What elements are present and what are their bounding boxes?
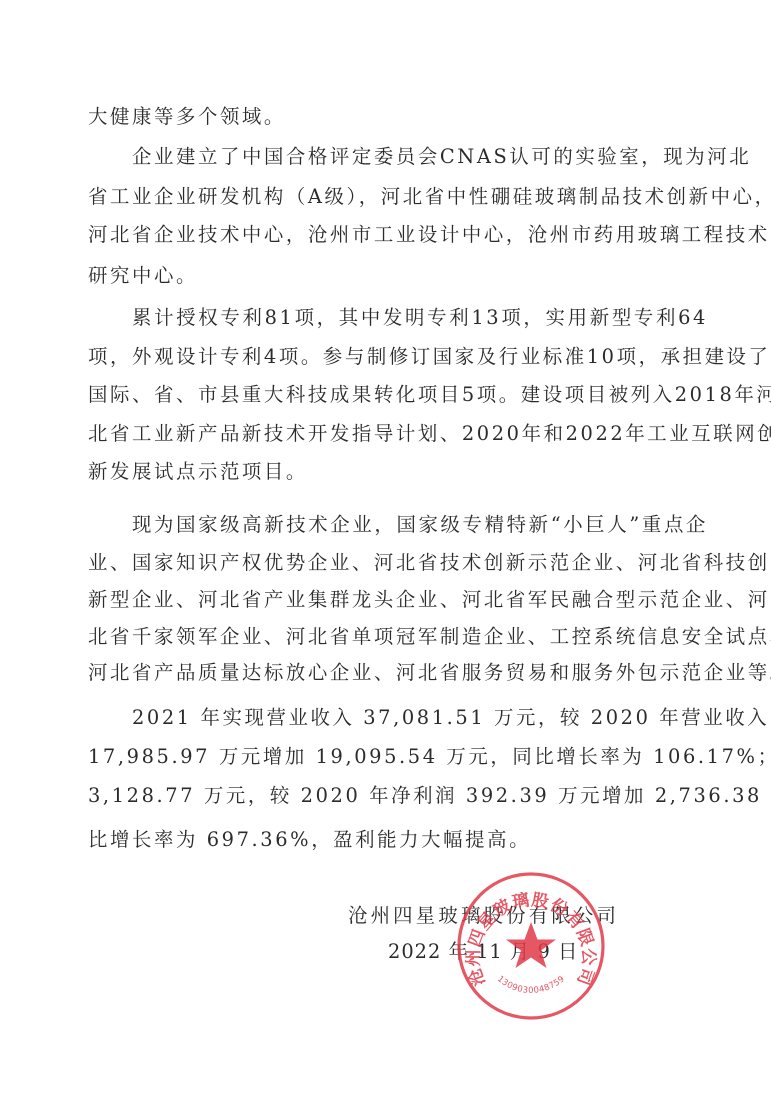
paragraph-line: 3,128.77 万元，较 2020 年净利润 392.39 万元增加 2,73…: [88, 783, 708, 809]
paragraph-line: 比增长率为 697.36%，盈利能力大幅提高。: [88, 827, 708, 853]
paragraph-line: 17,985.97 万元增加 19,095.54 万元，同比增长率为 106.1…: [88, 744, 708, 770]
paragraph-line: 国际、省、市县重大科技成果转化项目5项。建设项目被列入2018年河: [88, 382, 708, 408]
seal-code-text: 1309030048759: [495, 974, 567, 996]
paragraph-line: 企业建立了中国合格评定委员会CNAS认可的实验室，现为河北: [132, 144, 708, 170]
paragraph-line: 北省千家领军企业、河北省单项冠军制造企业、工控系统信息安全试点、: [88, 624, 708, 650]
paragraph-line: 河北省企业技术中心，沧州市工业设计中心，沧州市药用玻璃工程技术: [88, 222, 708, 248]
paragraph-line: 北省工业新产品新技术开发指导计划、2020年和2022年工业互联网创: [88, 421, 708, 447]
paragraph-line: 新发展试点示范项目。: [88, 459, 708, 485]
signature-company: 沧州四星玻璃股份有限公司: [348, 903, 619, 929]
paragraph-line: 2021 年实现营业收入 37,081.51 万元，较 2020 年营业收入: [132, 705, 708, 731]
paragraph-line: 省工业企业研发机构（A级），河北省中性硼硅玻璃制品技术创新中心，: [88, 184, 708, 210]
paragraph-line: 现为国家级高新技术企业，国家级专精特新“小巨人”重点企: [132, 512, 708, 538]
paragraph-line: 累计授权专利81项，其中发明专利13项，实用新型专利64: [132, 305, 708, 331]
paragraph-line: 业、国家知识产权优势企业、河北省技术创新示范企业、河北省科技创: [88, 550, 708, 576]
signature-date: 2022 年 11 月 9 日: [388, 939, 578, 965]
paragraph-line: 研究中心。: [88, 263, 708, 289]
paragraph-line: 大健康等多个领域。: [88, 104, 708, 130]
paragraph-line: 河北省产品质量达标放心企业、河北省服务贸易和服务外包示范企业等。: [88, 660, 708, 686]
paragraph-line: 项，外观设计专利4项。参与制修订国家及行业标准10项，承担建设了: [88, 344, 708, 370]
svg-text:1309030048759: 1309030048759: [495, 974, 567, 996]
document-page: 大健康等多个领域。 企业建立了中国合格评定委员会CNAS认可的实验室，现为河北 …: [0, 0, 771, 1099]
paragraph-line: 新型企业、河北省产业集群龙头企业、河北省军民融合型示范企业、河: [88, 587, 708, 613]
